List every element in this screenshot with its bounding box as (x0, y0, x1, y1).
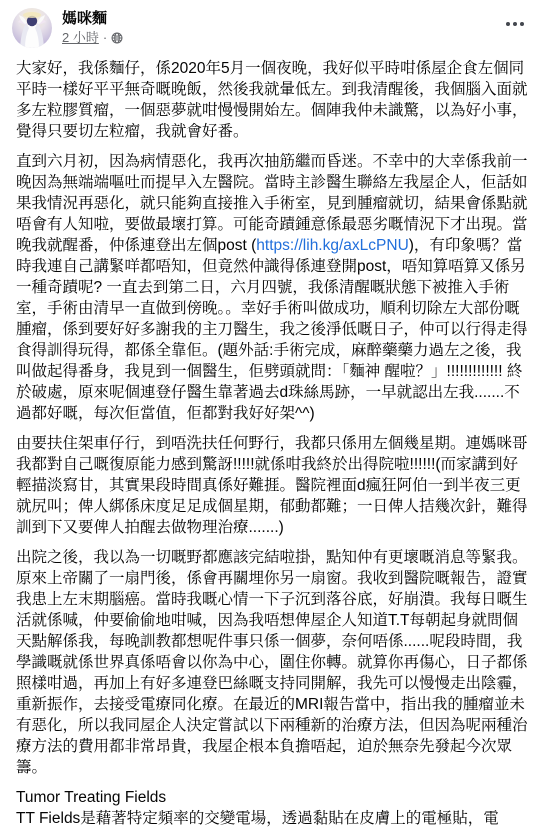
header-meta: 媽咪麵 2 小時 · (62, 8, 123, 46)
more-options-button[interactable] (499, 12, 531, 36)
timestamp-link[interactable]: 2 小時 (62, 30, 99, 46)
avatar[interactable] (12, 8, 52, 48)
post-paragraph-3: 由要扶住架車仔行，到唔洗扶任何野行，我都只係用左個幾星期。連媽咪哥我都對自己嘅復… (16, 433, 529, 538)
facebook-post: 媽咪麵 2 小時 · 大家好，我係麵仔，係2020年5月一個夜晚 (0, 0, 545, 837)
avatar-illustration (12, 8, 52, 48)
post-header: 媽咪麵 2 小時 · (0, 0, 545, 52)
post-paragraph-4: 出院之後，我以為一切嘅野都應該完結啦掛，點知仲有更壞嘅消息等緊我。原來上帝關了一… (16, 547, 529, 778)
treatment-title: Tumor Treating Fields (16, 787, 529, 808)
post-text: 大家好，我係麵仔，係2020年5月一個夜晚，我好似平時咁係屋企食左個同平時一樣好… (0, 52, 545, 829)
lihkg-post-link[interactable]: https://lih.kg/axLcPNU (256, 237, 408, 254)
meta-separator: · (103, 30, 107, 46)
post-meta-row: 2 小時 · (62, 30, 123, 46)
post-paragraph-2: 直到六月初，因為病情惡化，我再次抽筋繼而昏迷。不幸中的大幸係我前一晚因為無端端嘔… (16, 151, 529, 424)
post-paragraph-1: 大家好，我係麵仔，係2020年5月一個夜晚，我好似平時咁係屋企食左個同平時一樣好… (16, 58, 529, 142)
post-paragraph-5: Tumor Treating FieldsTT Fields是藉著特定頻率的交變… (16, 787, 529, 829)
treatment-description: TT Fields是藉著特定頻率的交變電場，透過黏貼在皮膚上的電極貼，電 (16, 808, 529, 829)
paragraph-2-text-after: )，有印象嗎？當時我連自己講緊咩都唔知，但竟然仲識得係連登開post，唔知算唔算… (16, 237, 528, 422)
ellipsis-icon (506, 22, 524, 26)
author-name[interactable]: 媽咪麵 (62, 9, 123, 28)
globe-icon (111, 32, 123, 44)
